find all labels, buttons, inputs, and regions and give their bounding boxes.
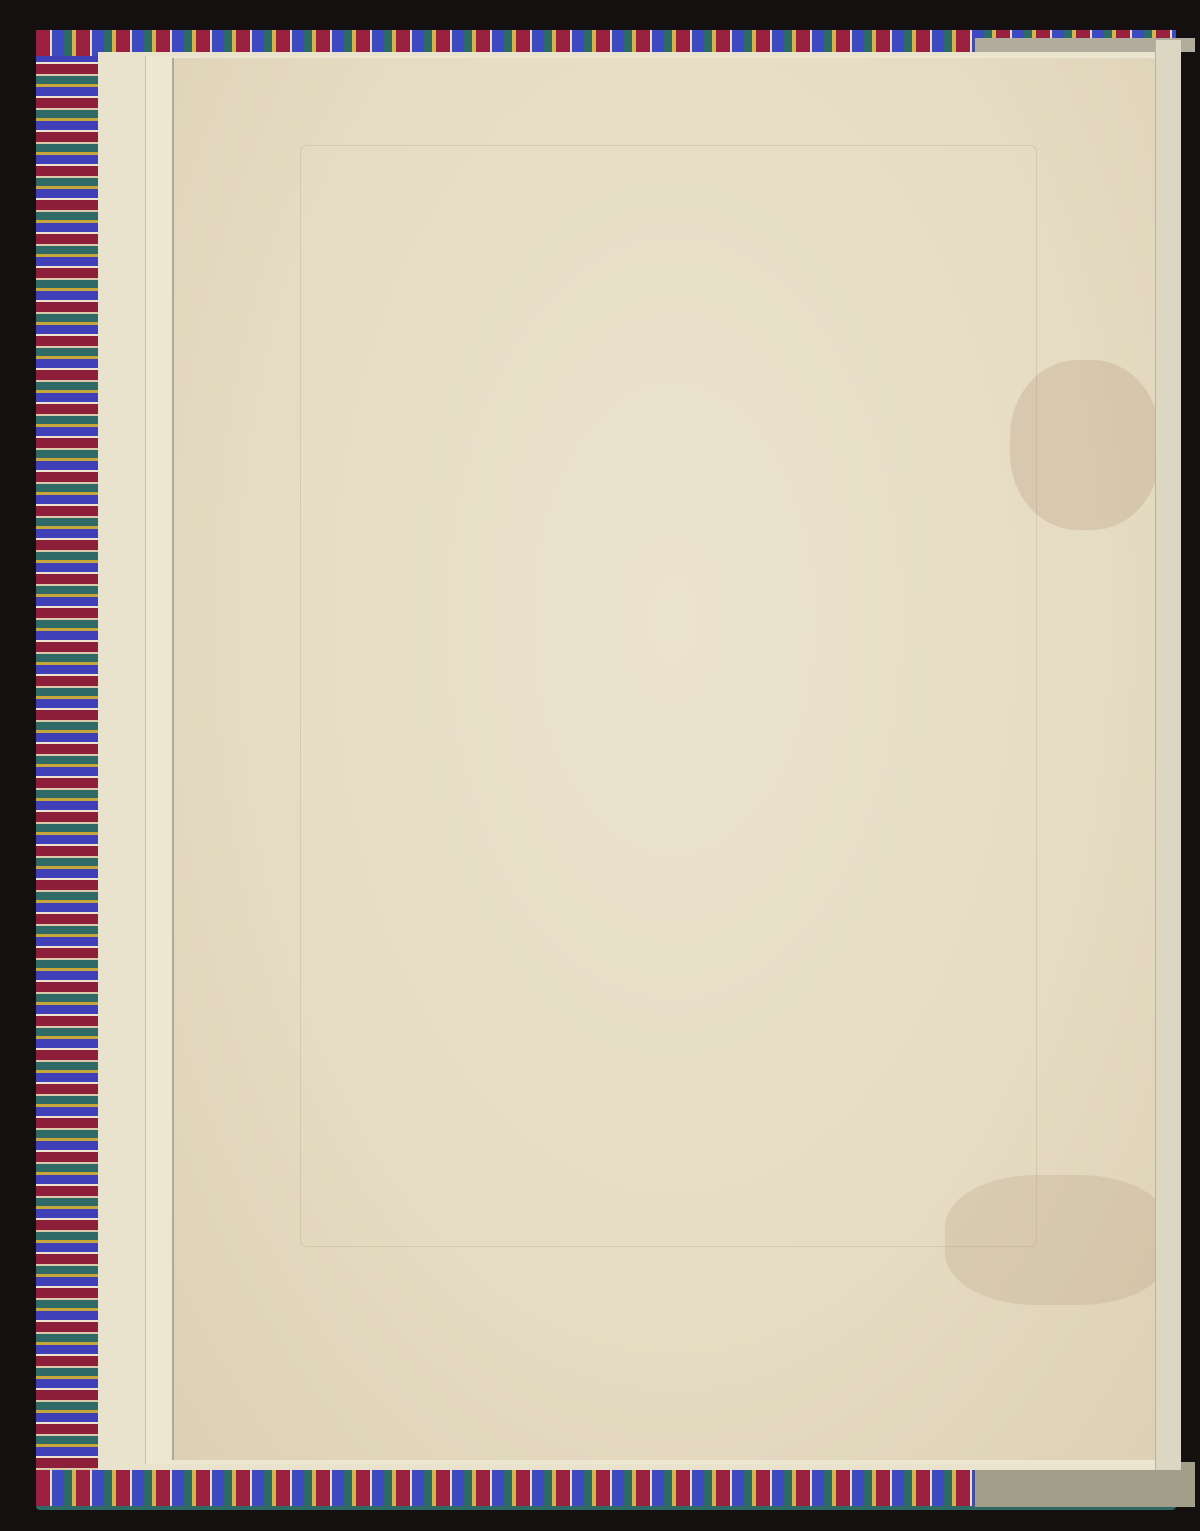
plate-mark [300,145,1037,1247]
marbled-bottom-edge [36,1470,981,1506]
page-fore-edge [1155,40,1181,1470]
water-stain-upper [1010,360,1160,530]
water-stain-lower [945,1175,1170,1305]
